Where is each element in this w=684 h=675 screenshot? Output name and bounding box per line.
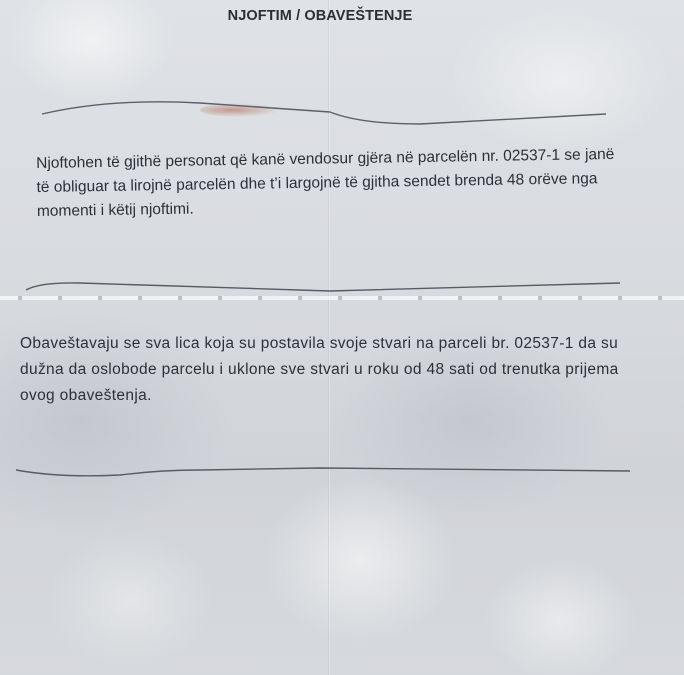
notice-paragraph-serbian: Obaveštavaju se sva lica koja su postavi… [20, 331, 619, 409]
separator-line-bottom [16, 468, 630, 476]
paragraph-line: dužna da oslobode parcelu i uklone sve s… [20, 357, 619, 383]
notice-paper: NJOFTIM / OBAVEŠTENJE Njoftohen të gjith… [0, 0, 684, 675]
paragraph-line: Obaveštavaju se sva lica koja su postavi… [20, 331, 619, 357]
notice-paragraph-albanian: Njoftohen të gjithë personat që kanë ven… [36, 143, 615, 224]
separator-line-top [42, 102, 606, 124]
paragraph-line: ovog obaveštenja. [20, 383, 619, 409]
separator-line-middle [26, 283, 620, 291]
